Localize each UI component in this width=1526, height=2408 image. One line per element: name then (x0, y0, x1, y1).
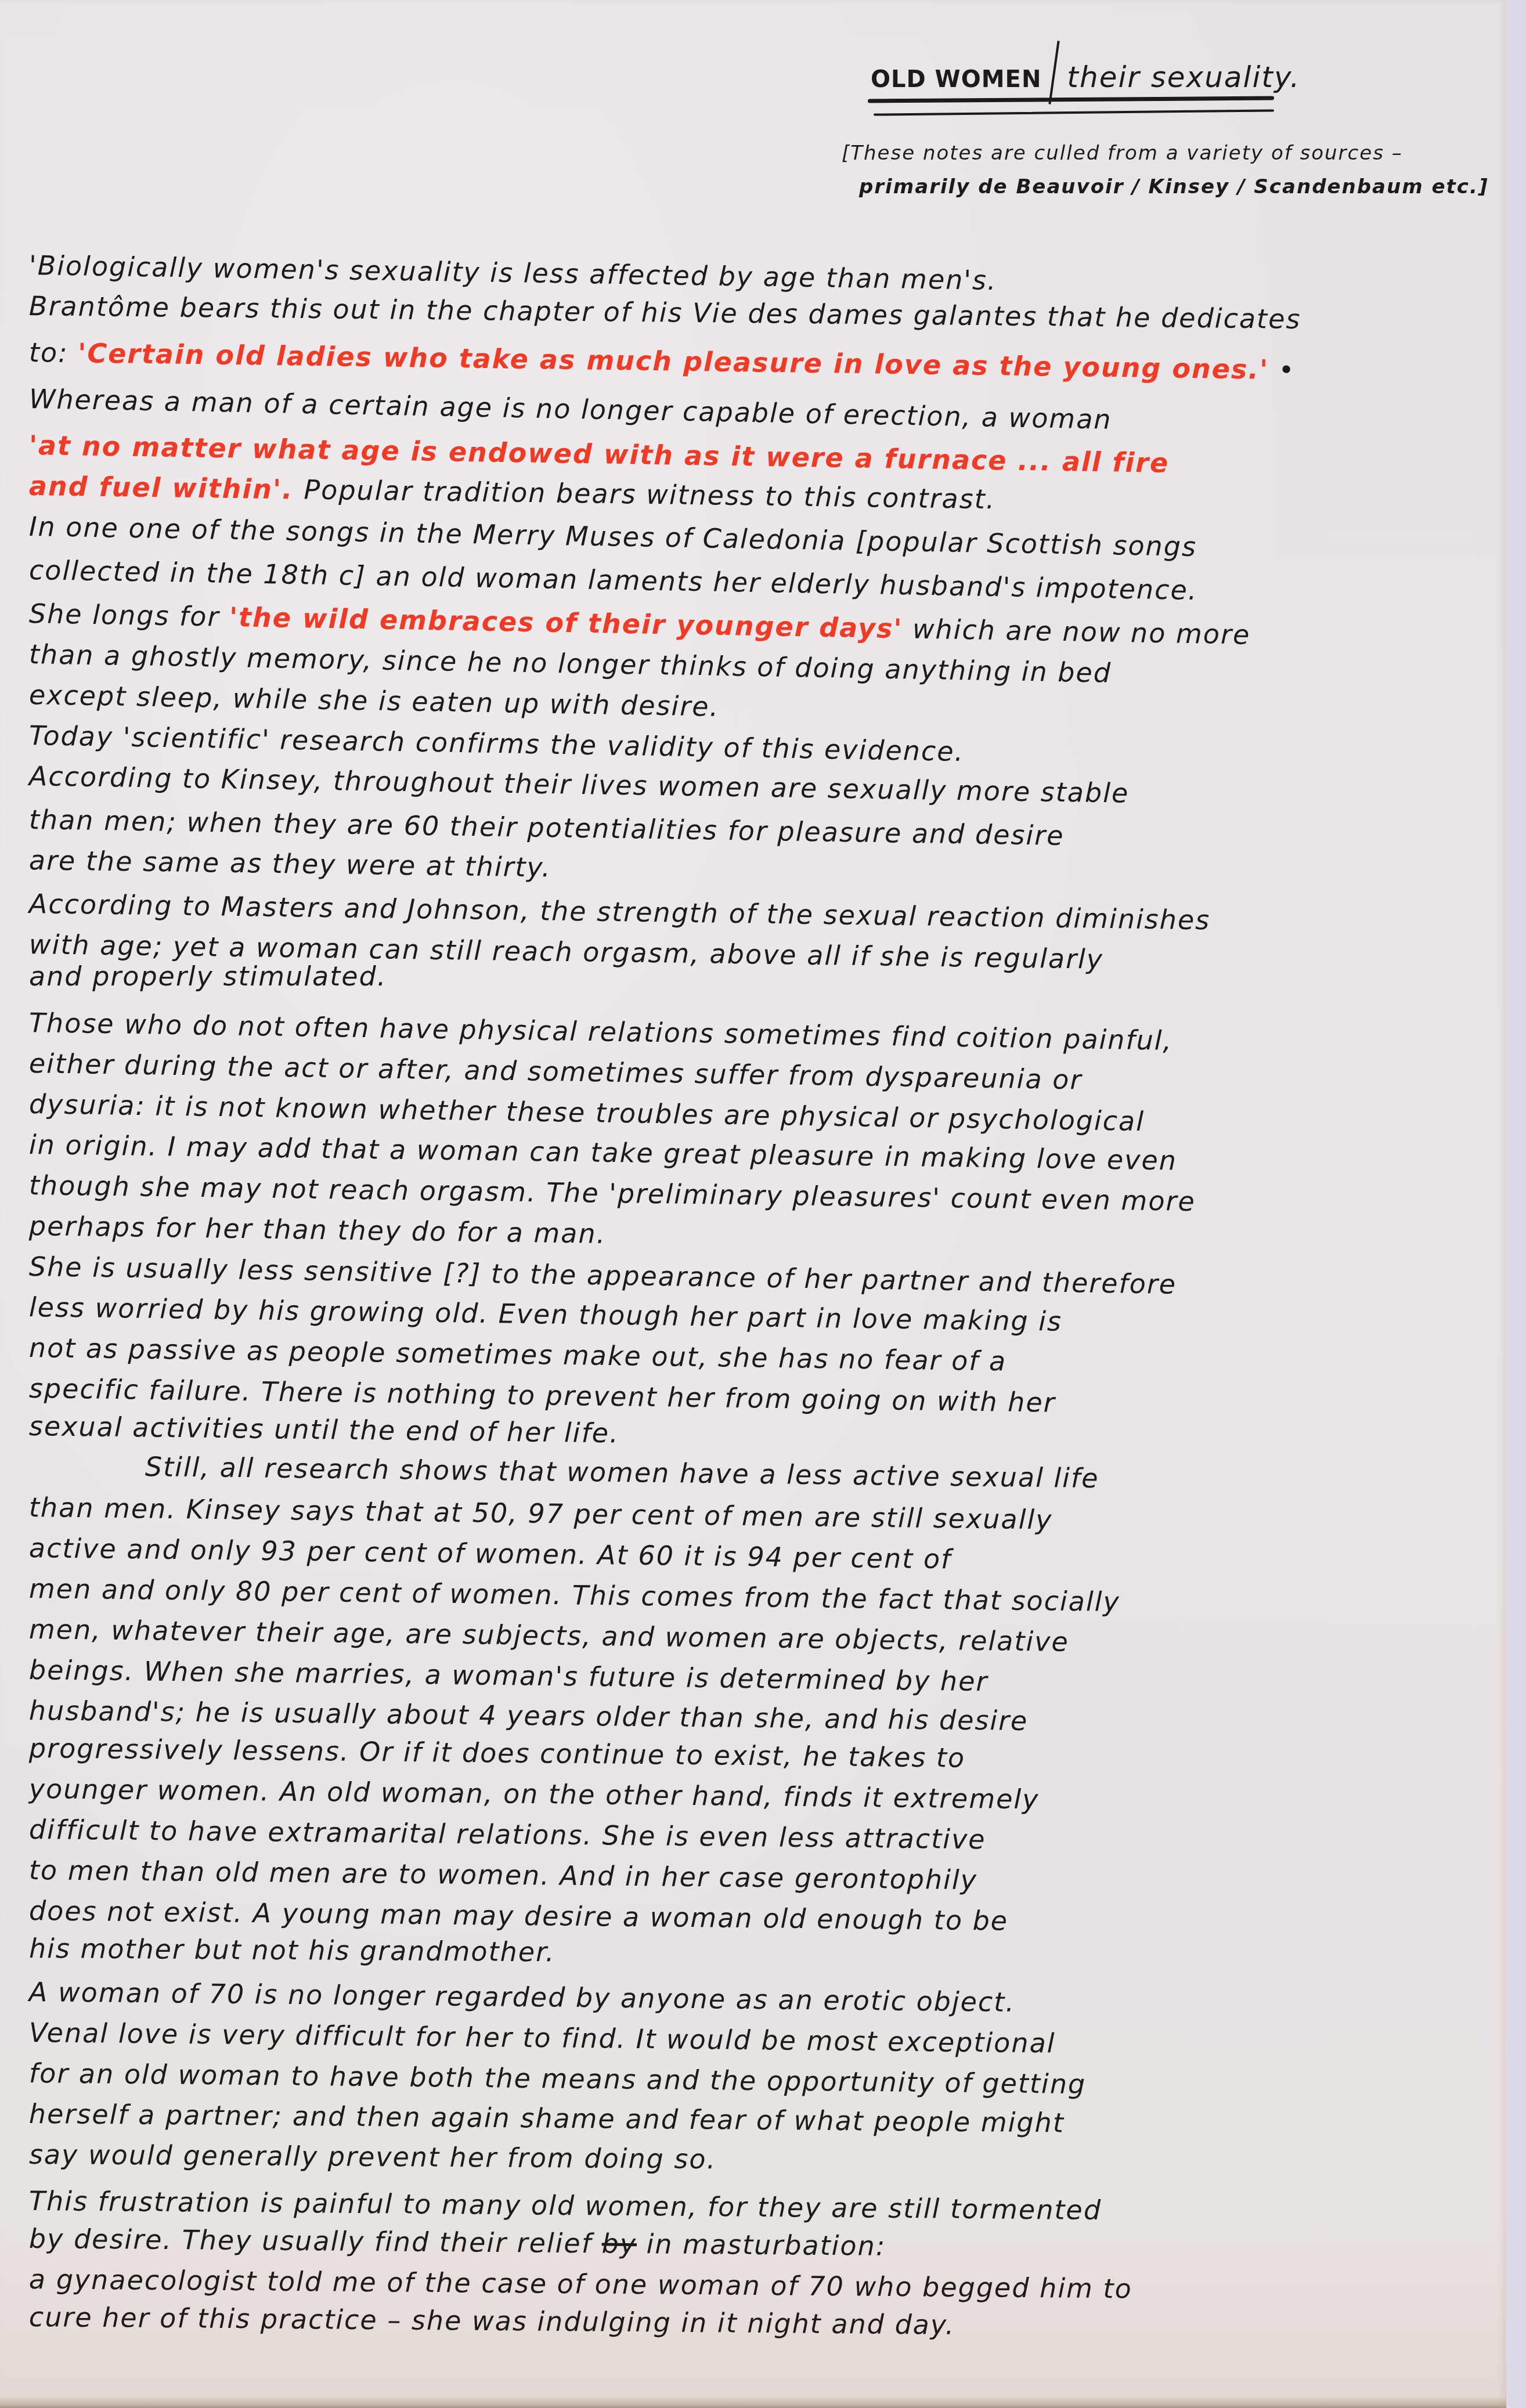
manuscript-line: not as passive as people sometimes make … (29, 1332, 1007, 1377)
handwritten-text: younger women. An old woman, on the othe… (29, 1773, 1040, 1815)
handwritten-text: active and only 93 per cent of women. At… (29, 1532, 952, 1575)
manuscript-line: Still, all research shows that women hav… (145, 1451, 1099, 1494)
handwritten-text: Brantôme bears this out in the chapter o… (29, 290, 1301, 335)
handwritten-text: either during the act or after, and some… (29, 1048, 1083, 1095)
manuscript-line: active and only 93 per cent of women. At… (29, 1532, 952, 1575)
handwritten-text: She longs for (29, 598, 230, 633)
manuscript-line: to men than old men are to women. And in… (29, 1854, 977, 1896)
manuscript-line: 'Biologically women's sexuality is less … (29, 250, 997, 296)
manuscript-line: She is usually less sensitive [?] to the… (29, 1251, 1177, 1300)
handwritten-text: to: (29, 337, 78, 369)
manuscript-line: Brantôme bears this out in the chapter o… (29, 290, 1301, 335)
manuscript-line: dysuria: it is not known whether these t… (29, 1088, 1145, 1137)
manuscript-body: 'Biologically women's sexuality is less … (0, 0, 1506, 2408)
manuscript-line: Whereas a man of a certain age is no lon… (28, 383, 1112, 435)
manuscript-line: are the same as they were at thirty. (29, 844, 552, 883)
manuscript-line: though she may not reach orgasm. The 'pr… (29, 1169, 1196, 1217)
manuscript-line: According to Kinsey, throughout their li… (29, 760, 1130, 809)
handwritten-text: than men; when they are 60 their potenti… (29, 804, 1065, 851)
manuscript-line: a gynaecologist told me of the case of o… (29, 2263, 1132, 2305)
handwritten-text: his mother but not his grandmother. (29, 1933, 555, 1967)
handwritten-text: collected in the 18th c] an old woman la… (29, 554, 1198, 606)
manuscript-line: husband's; he is usually about 4 years o… (29, 1695, 1029, 1736)
handwritten-text: dysuria: it is not known whether these t… (29, 1088, 1145, 1137)
manuscript-line: This frustration is painful to many old … (29, 2185, 1102, 2226)
handwritten-text: Venal love is very difficult for her to … (29, 2017, 1056, 2059)
handwritten-text: are the same as they were at thirty. (29, 844, 552, 883)
handwritten-text: than men. Kinsey says that at 50, 97 per… (29, 1492, 1053, 1536)
handwritten-text: 'Biologically women's sexuality is less … (29, 250, 997, 296)
handwritten-text: say would generally prevent her from doi… (29, 2139, 717, 2175)
quoted-text-red: 'Certain old ladies who take as much ple… (78, 337, 1269, 385)
handwritten-text: According to Kinsey, throughout their li… (29, 760, 1130, 809)
manuscript-line: and properly stimulated. (29, 961, 387, 992)
manuscript-line: Venal love is very difficult for her to … (29, 2017, 1056, 2059)
handwritten-text: Still, all research shows that women hav… (145, 1451, 1099, 1494)
handwritten-text: • (1269, 354, 1296, 386)
handwritten-text: A woman of 70 is no longer regarded by a… (29, 1976, 1015, 2018)
handwritten-text: perhaps for her than they do for a man. (29, 1210, 607, 1250)
manuscript-line: in origin. I may add that a woman can ta… (29, 1129, 1178, 1176)
handwritten-text: She is usually less sensitive [?] to the… (29, 1251, 1177, 1300)
handwritten-text: In one one of the songs in the Merry Mus… (29, 511, 1197, 562)
manuscript-line: than men; when they are 60 their potenti… (29, 804, 1065, 851)
handwritten-text: less worried by his growing old. Even th… (29, 1291, 1063, 1337)
manuscript-line: A woman of 70 is no longer regarded by a… (29, 1976, 1015, 2018)
handwritten-text: Today 'scientific' research confirms the… (29, 720, 965, 767)
handwritten-text: except sleep, while she is eaten up with… (29, 679, 720, 723)
manuscript-line: less worried by his growing old. Even th… (29, 1291, 1063, 1337)
handwritten-text: Whereas a man of a certain age is no lon… (28, 383, 1112, 435)
handwritten-text: Popular tradition bears witness to this … (304, 474, 996, 515)
handwritten-text: Those who do not often have physical rel… (29, 1007, 1173, 1056)
handwritten-text: by desire. They usually find their relie… (29, 2223, 602, 2259)
handwritten-text: specific failure. There is nothing to pr… (29, 1373, 1056, 1418)
manuscript-line: herself a partner; and then again shame … (29, 2098, 1065, 2139)
manuscript-line: perhaps for her than they do for a man. (29, 1210, 607, 1250)
handwritten-text: difficult to have extramarital relations… (29, 1814, 986, 1855)
handwritten-text: does not exist. A young man may desire a… (29, 1895, 1009, 1937)
handwritten-text: beings. When she marries, a woman's futu… (29, 1654, 989, 1697)
manuscript-line: except sleep, while she is eaten up with… (29, 679, 720, 723)
manuscript-line: In one one of the songs in the Merry Mus… (29, 511, 1197, 562)
manuscript-line: by desire. They usually find their relie… (29, 2223, 886, 2262)
handwritten-text: a gynaecologist told me of the case of o… (29, 2263, 1132, 2305)
manuscript-line: difficult to have extramarital relations… (29, 1814, 986, 1855)
handwritten-text: progressively lessens. Or if it does con… (29, 1732, 966, 1774)
manuscript-line: collected in the 18th c] an old woman la… (29, 554, 1198, 606)
manuscript-line: beings. When she marries, a woman's futu… (29, 1654, 989, 1697)
manuscript-line: for an old woman to have both the means … (29, 2057, 1087, 2100)
handwritten-text: sexual activities until the end of her l… (29, 1410, 619, 1449)
handwritten-text: husband's; he is usually about 4 years o… (29, 1695, 1029, 1736)
handwritten-text: men and only 80 per cent of women. This … (29, 1573, 1120, 1618)
manuscript-line: Those who do not often have physical rel… (29, 1007, 1173, 1056)
manuscript-line: progressively lessens. Or if it does con… (29, 1732, 966, 1774)
manuscript-line: sexual activities until the end of her l… (29, 1410, 619, 1449)
quoted-text-red: 'at no matter what age is endowed with a… (29, 429, 1170, 479)
handwritten-text: though she may not reach orgasm. The 'pr… (29, 1169, 1196, 1217)
handwritten-text: in masturbation: (637, 2228, 886, 2262)
quoted-text-red: and fuel within'. (29, 470, 304, 506)
manuscript-line: Today 'scientific' research confirms the… (29, 720, 965, 767)
handwritten-text: and properly stimulated. (29, 961, 387, 992)
handwritten-text: for an old woman to have both the means … (29, 2057, 1087, 2100)
handwritten-text: According to Masters and Johnson, the st… (29, 888, 1211, 936)
handwritten-text: This frustration is painful to many old … (29, 2185, 1102, 2226)
handwritten-text: not as passive as people sometimes make … (29, 1332, 1007, 1377)
manuscript-line: specific failure. There is nothing to pr… (29, 1373, 1056, 1418)
handwritten-text: herself a partner; and then again shame … (29, 2098, 1065, 2139)
manuscript-line: younger women. An old woman, on the othe… (29, 1773, 1040, 1815)
page-background-edge (1506, 0, 1526, 2408)
handwritten-text: in origin. I may add that a woman can ta… (29, 1129, 1178, 1176)
manuscript-line: than men. Kinsey says that at 50, 97 per… (29, 1492, 1053, 1536)
manuscript-line: than a ghostly memory, since he no longe… (29, 638, 1112, 689)
manuscript-line: 'at no matter what age is endowed with a… (29, 429, 1170, 479)
struck-out-text: by (601, 2228, 637, 2260)
handwritten-text: cure her of this practice – she was indu… (29, 2301, 955, 2341)
manuscript-line: his mother but not his grandmother. (29, 1933, 555, 1967)
handwritten-text: men, whatever their age, are subjects, a… (29, 1613, 1069, 1658)
handwritten-text: than a ghostly memory, since he no longe… (29, 638, 1112, 689)
handwritten-text: to men than old men are to women. And in… (29, 1854, 977, 1896)
quoted-text-red: 'the wild embraces of their younger days… (229, 601, 903, 644)
manuscript-line: cure her of this practice – she was indu… (29, 2301, 955, 2341)
manuscript-line: either during the act or after, and some… (29, 1048, 1083, 1095)
manuscript-line: to: 'Certain old ladies who take as much… (29, 337, 1296, 385)
manuscript-line: does not exist. A young man may desire a… (29, 1895, 1009, 1937)
manuscript-line: men, whatever their age, are subjects, a… (29, 1613, 1069, 1658)
handwritten-text: which are now no more (903, 613, 1251, 650)
manuscript-line: men and only 80 per cent of women. This … (29, 1573, 1120, 1618)
manuscript-line: and fuel within'. Popular tradition bear… (29, 470, 996, 515)
manuscript-line: According to Masters and Johnson, the st… (29, 888, 1211, 936)
manuscript-line: say would generally prevent her from doi… (29, 2139, 717, 2175)
